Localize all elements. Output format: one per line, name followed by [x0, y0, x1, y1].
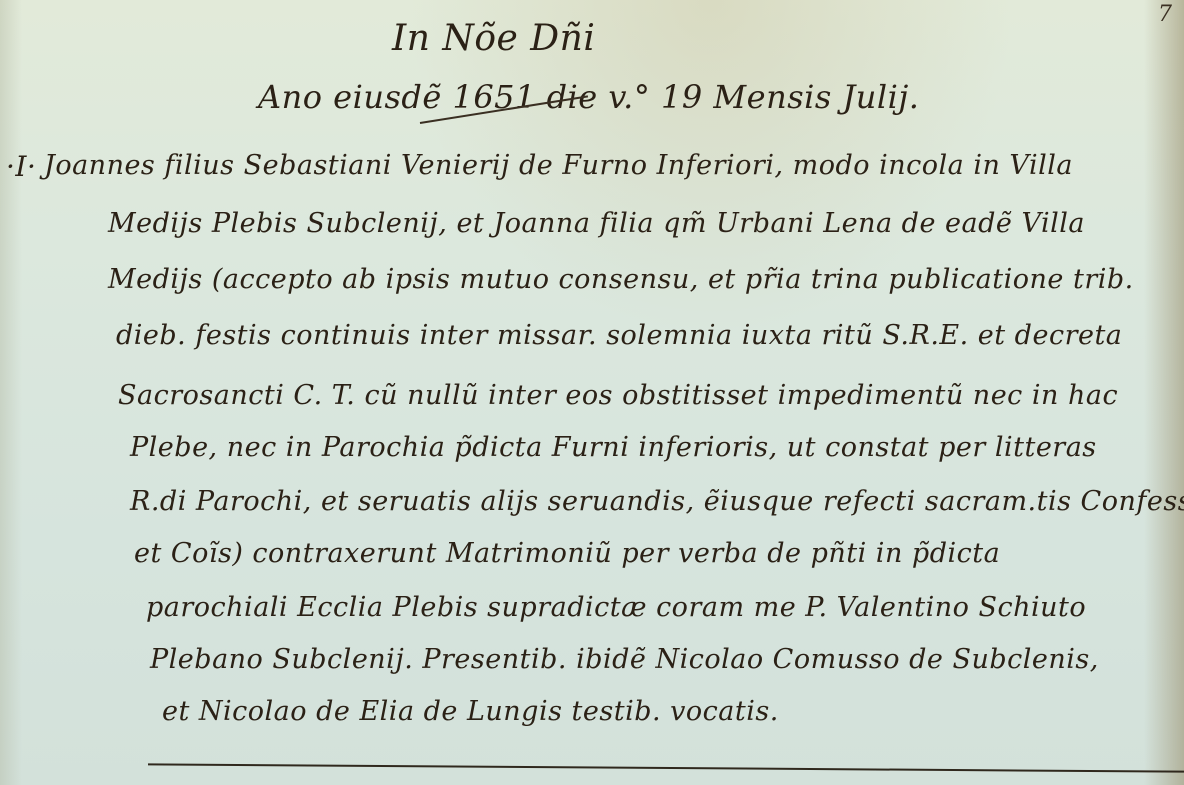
entry-line-2: Medijs Plebis Subclenij, et Joanna filia…	[108, 208, 1085, 239]
entry-line-8: et Coĩs) contraxerunt Matrimoniũ per ver…	[134, 538, 1000, 569]
folio-number: 7	[1158, 2, 1172, 27]
entry-line-4: dieb. festis continuis inter missar. sol…	[116, 320, 1122, 351]
entry-line-11: et Nicolao de Elia de Lungis testib. voc…	[162, 696, 779, 727]
entry-number: ·I·	[6, 150, 36, 183]
entry-line-9: parochiali Ecclia Plebis supradictæ cora…	[146, 592, 1086, 623]
date-heading: Ano eiusdẽ 1651 die v.° 19 Mensis Julij.	[258, 78, 919, 116]
invocation-heading: In Nõe Dñi	[392, 18, 595, 59]
entry-line-10: Plebano Subclenij. Presentib. ibidẽ Nico…	[150, 644, 1099, 675]
entry-line-7: R.di Parochi, et seruatis alijs seruandi…	[130, 486, 1184, 517]
entry-line-6: Plebe, nec in Parochia p̃dicta Furni inf…	[130, 432, 1097, 463]
entry-separator-rule	[148, 763, 1184, 772]
entry-line-3: Medijs (accepto ab ipsis mutuo consensu,…	[108, 264, 1134, 295]
entry-line-1: Joannes filius Sebastiani Venierij de Fu…	[44, 150, 1073, 181]
entry-line-5: Sacrosancti C. T. cũ nullũ inter eos obs…	[118, 380, 1118, 411]
manuscript-page: 7 In Nõe Dñi Ano eiusdẽ 1651 die v.° 19 …	[0, 0, 1184, 785]
